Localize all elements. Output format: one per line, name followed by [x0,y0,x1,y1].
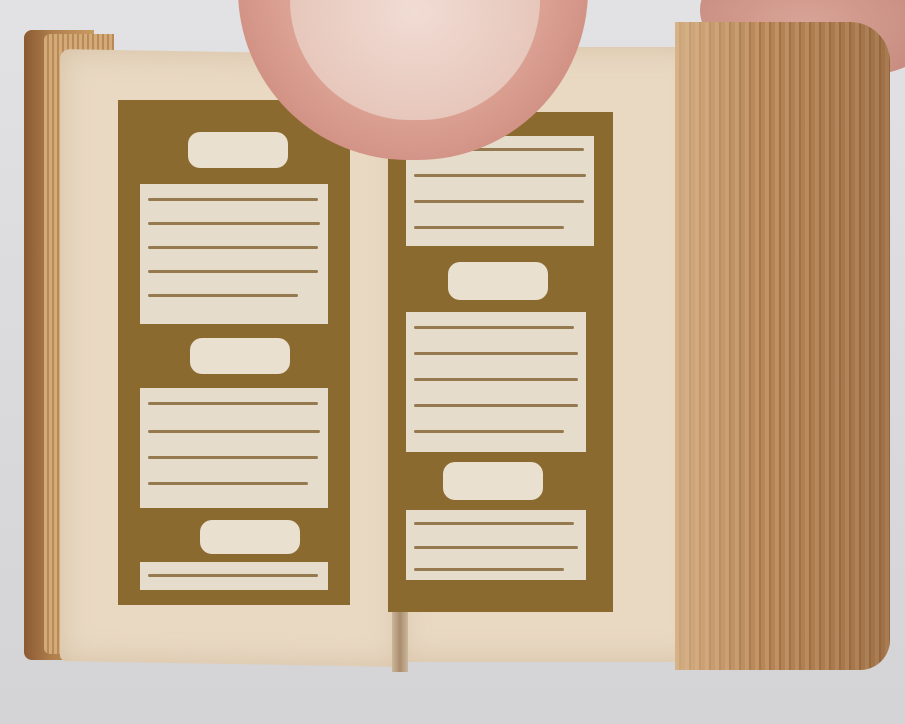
text-panel [140,562,328,590]
right-text-frame [388,112,613,612]
surah-title-cartouche [448,262,548,300]
text-panel [140,184,328,324]
text-panel [406,510,586,580]
surah-title-cartouche [190,338,290,374]
left-text-frame [118,100,350,605]
text-panel [406,312,586,452]
fore-edge-pages [675,22,890,670]
surah-title-cartouche [200,520,300,554]
surah-title-cartouche [443,462,543,500]
text-panel [140,388,328,508]
surah-title-cartouche [188,132,288,168]
